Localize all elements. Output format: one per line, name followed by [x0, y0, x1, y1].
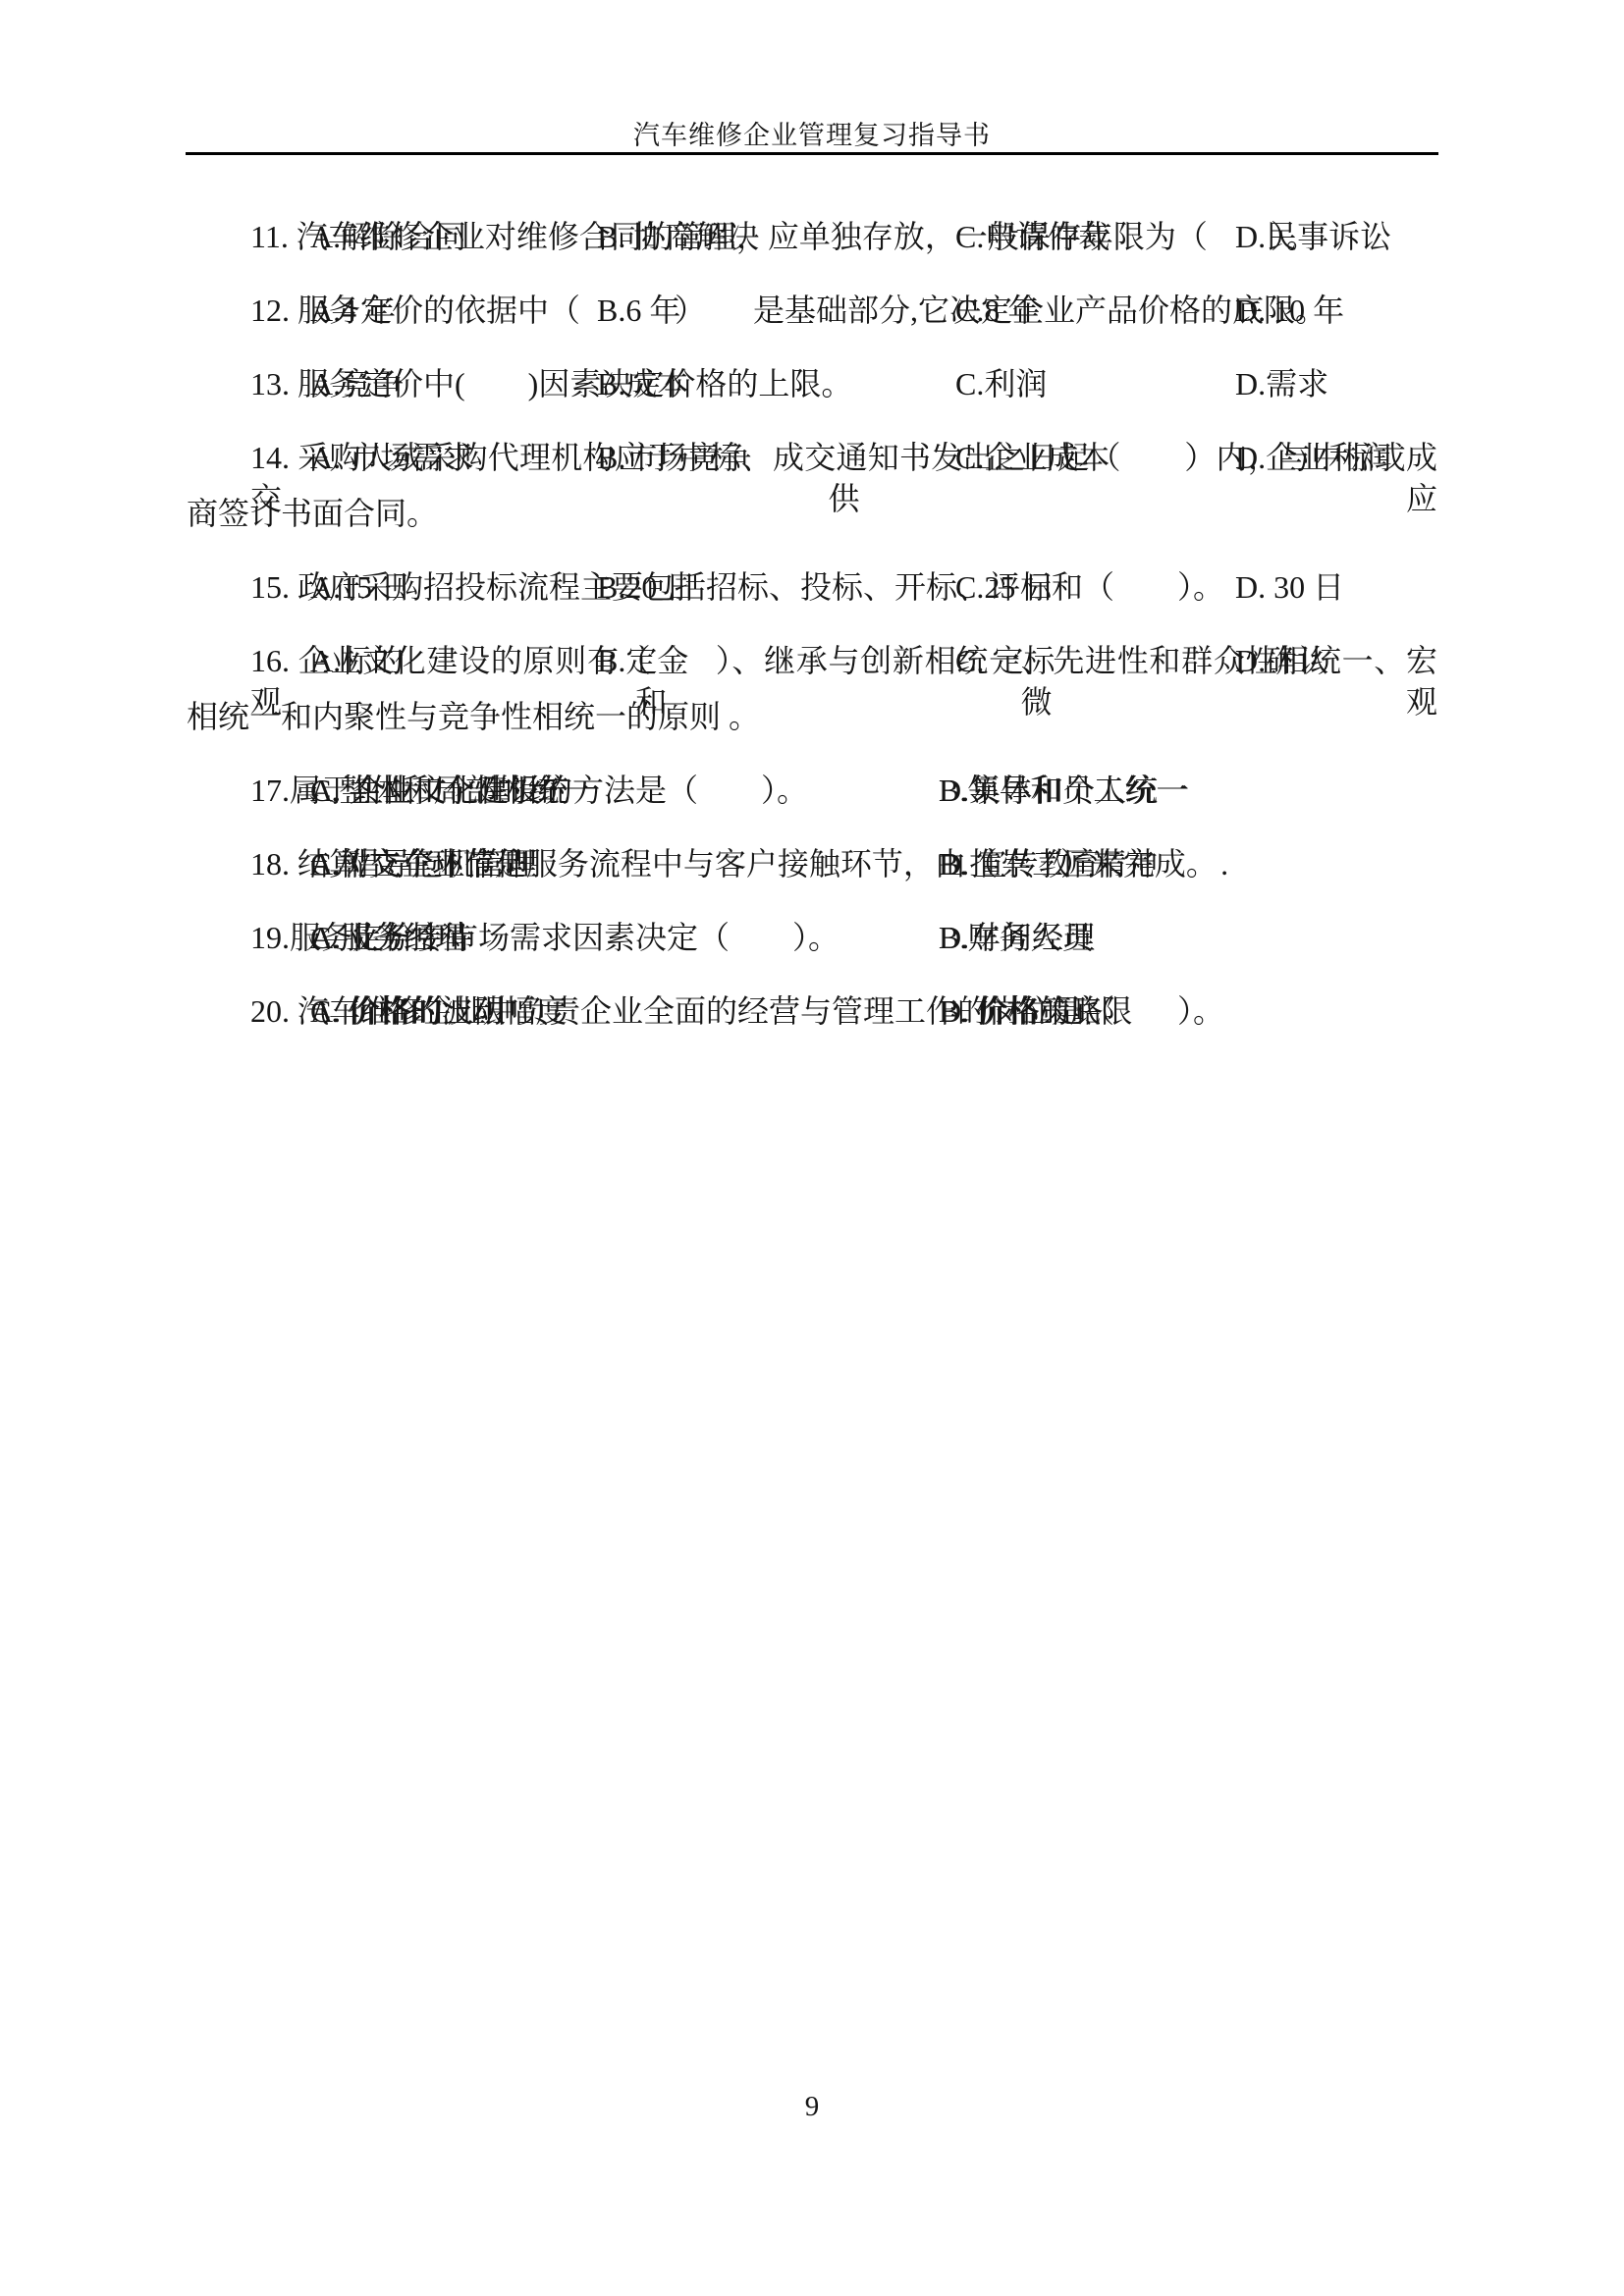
question-line: 相统一和内聚性与竞争性相统一的原则 。 [187, 696, 1437, 737]
document-page: 汽车维修企业管理复习指导书 A.解除合同B. 协商解决C.申请仲裁D.民事诉讼1… [0, 0, 1624, 2296]
question-line: 11. 汽车维修企业对维修合同的管理，应单独存放，一般保存年限为（ ）。 [187, 216, 1437, 257]
question-line: 20. 汽车维修企业中负责企业全面的经营与管理工作的岗位是（ ）。 [187, 990, 1437, 1032]
question-line: 17.属于企业文化建设的方法是（ ）。 [187, 770, 1437, 811]
page-number: 9 [0, 2091, 1624, 2123]
question-line: 商签订书面合同。 [187, 493, 1437, 534]
question-line: 12. 服务定价的依据中（ ） 是基础部分,它决定企业产品价格的底限。 [187, 290, 1437, 331]
questions-content: A.解除合同B. 协商解决C.申请仲裁D.民事诉讼11. 汽车维修企业对维修合同… [187, 0, 1437, 2296]
question-line: 15. 政府采购招投标流程主要包括招标、投标、开标、评标和（ ）。 [187, 566, 1437, 608]
question-line: 19.服务定价中市场需求因素决定（ ）。 [187, 917, 1437, 958]
question-line: 18. 结算/交车环节是服务流程中与客户接触环节，由（ ）来完成。 [187, 843, 1437, 884]
question-line: 13. 服务定价中( )因素决定价格的上限。 [187, 363, 1437, 404]
